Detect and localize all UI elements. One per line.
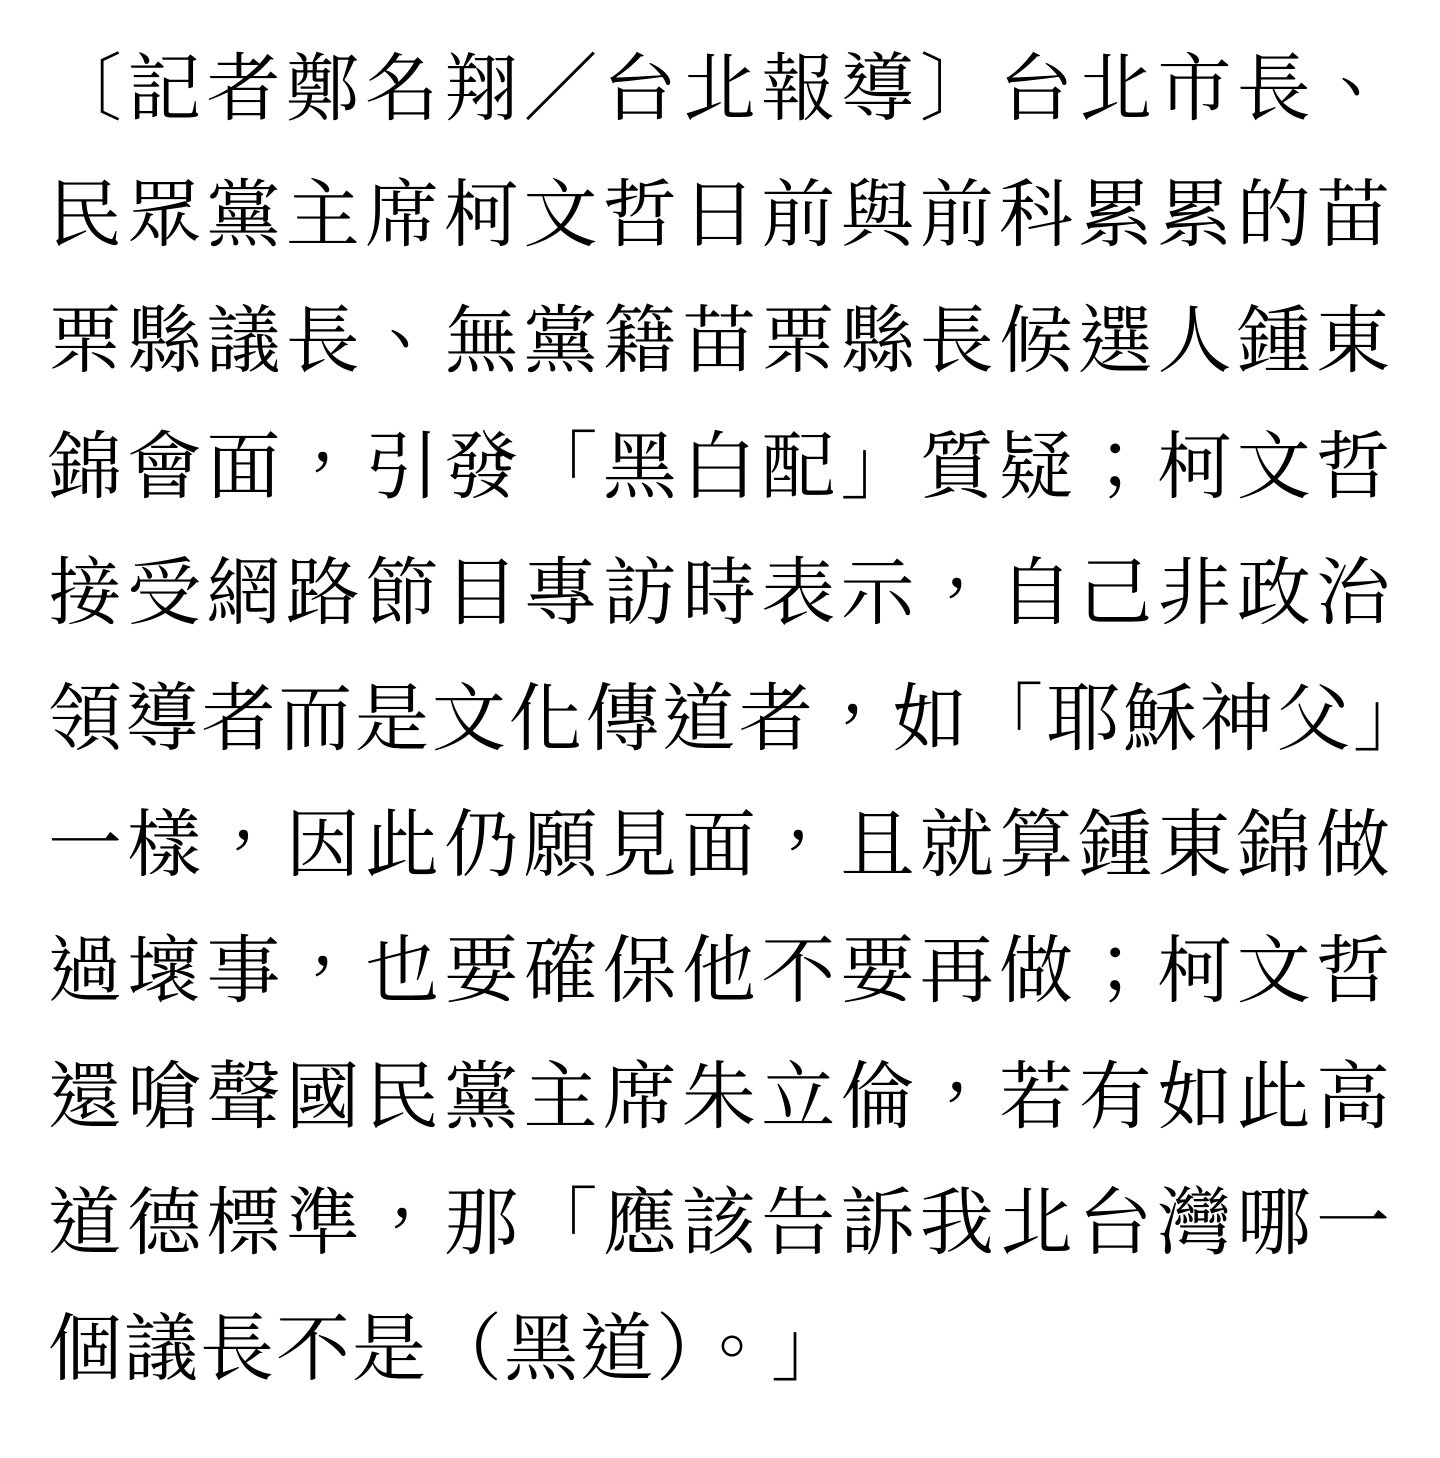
article-page: 〔記者鄭名翔／台北報導〕台北市長、民眾黨主席柯文哲日前與前科累累的苗栗縣議長、無… — [0, 0, 1440, 1458]
article-paragraph: 〔記者鄭名翔／台北報導〕台北市長、民眾黨主席柯文哲日前與前科累累的苗栗縣議長、無… — [48, 26, 1392, 1412]
